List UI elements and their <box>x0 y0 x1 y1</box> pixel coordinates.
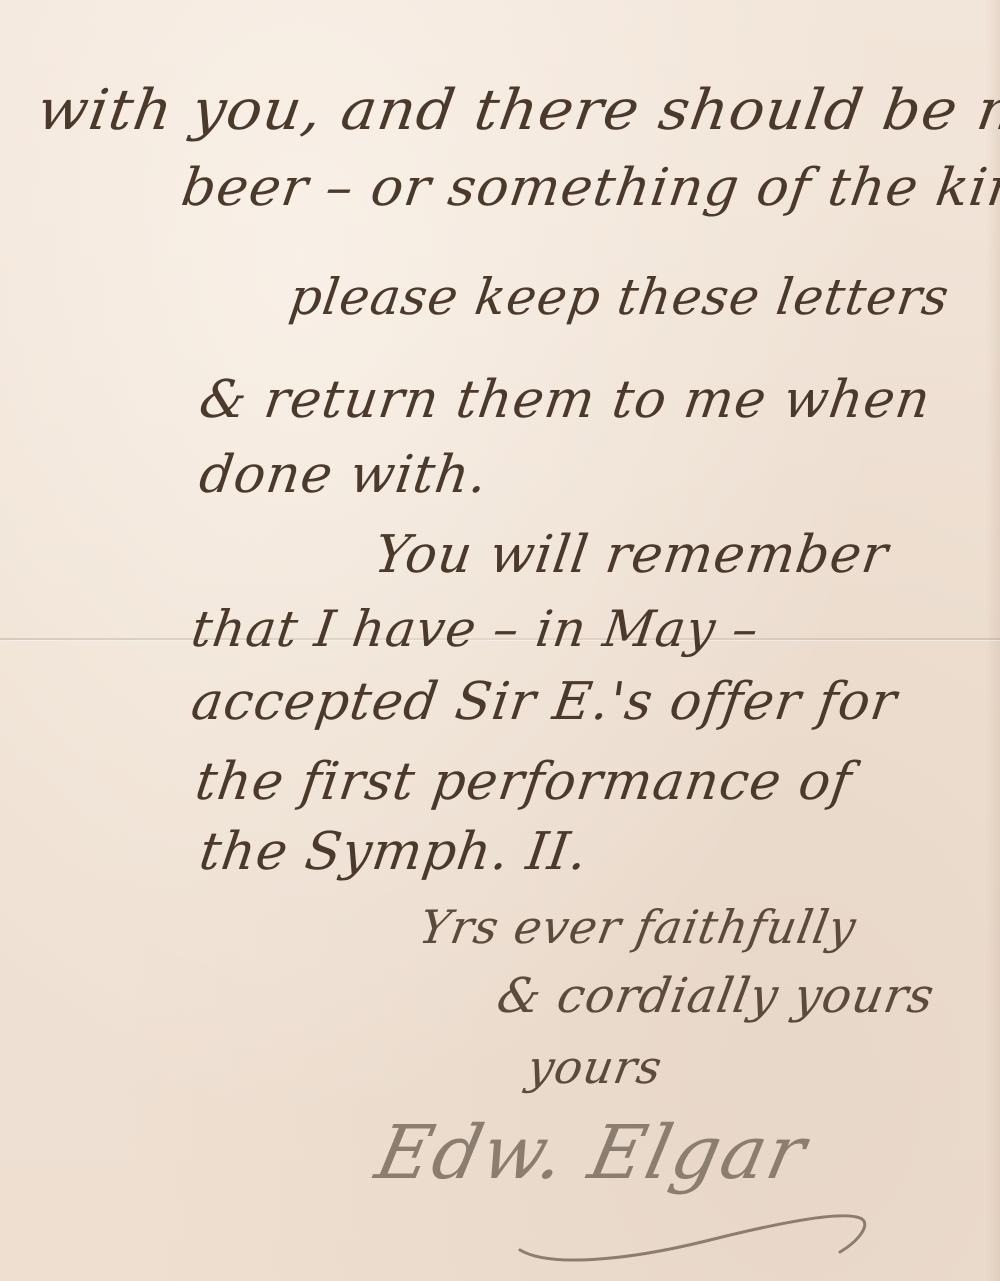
letter-line-7: that I have – in May – <box>188 600 763 658</box>
letter-line-4: & return them to me when <box>196 370 935 430</box>
letter-line-5: done with. <box>196 445 492 505</box>
closing-line-1: Yrs ever faithfully <box>415 900 860 954</box>
letter-line-1: with you, and there should be no <box>33 78 1000 143</box>
closing-line-3: yours <box>523 1040 666 1094</box>
letter-line-9: the first performance of <box>192 752 856 812</box>
letter-line-6: You will remember <box>371 525 892 585</box>
closing-line-2: & cordially yours <box>493 968 939 1024</box>
signature-flourish-icon <box>510 1190 880 1270</box>
letter-page: with you, and there should be no beer – … <box>0 0 1000 1281</box>
letter-line-10: the Symph. II. <box>196 822 592 882</box>
letter-line-3: please keep these letters <box>286 268 953 326</box>
letter-line-8: accepted Sir E.'s offer for <box>188 672 901 732</box>
letter-line-2: beer – or something of the kind – <box>178 158 1000 218</box>
signature: Edw. Elgar <box>369 1110 815 1196</box>
